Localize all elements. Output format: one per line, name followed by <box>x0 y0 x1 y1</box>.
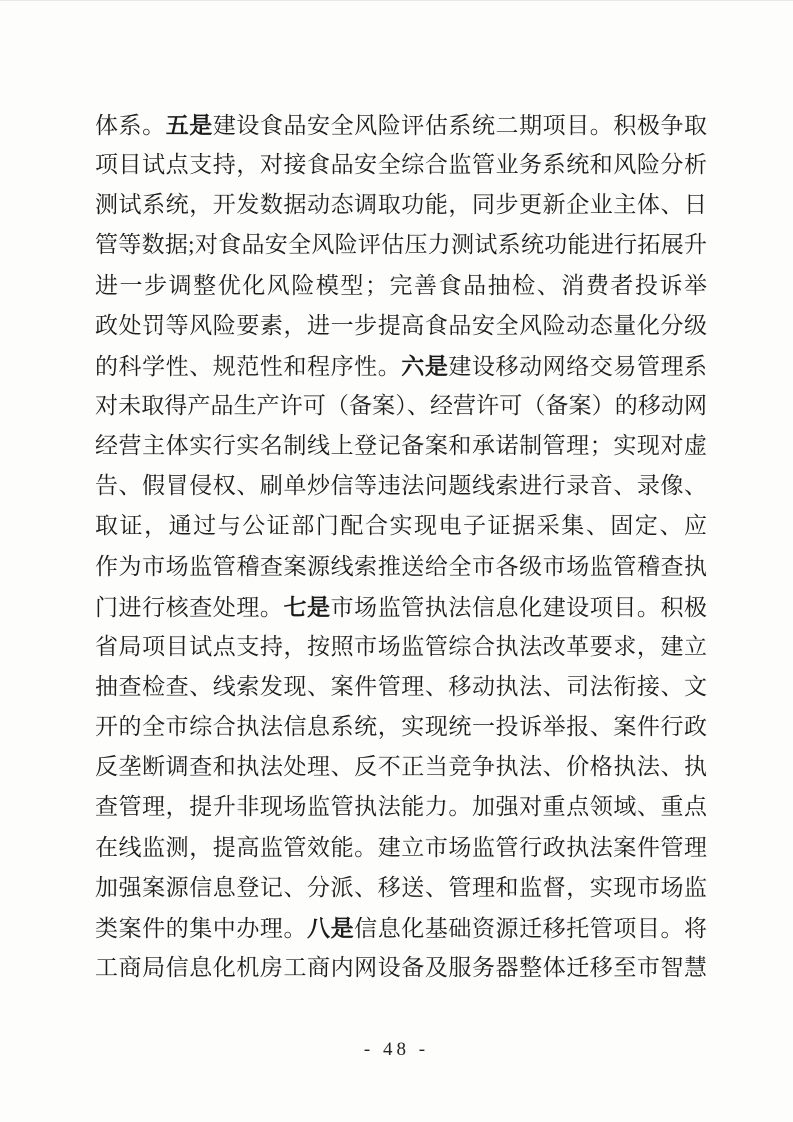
bold-text-run: 六是 <box>401 353 448 379</box>
bold-text-run: 八是 <box>307 915 354 941</box>
text-line: 类案件的集中办理。八是信息化基础资源迁移托管项目。将原市 <box>95 908 707 948</box>
text-run: 的科学性、规范性和程序性。 <box>95 354 401 379</box>
text-run: 在线监测，提高监管效能。建立市场监管行政执法案件管理系统， <box>95 835 707 868</box>
text-run: 工商局信息化机房工商内网设备及服务器整体迁移至市智慧城市 <box>95 955 707 988</box>
text-line: 开的全市综合执法信息系统，实现统一投诉举报、案件行政处罚、 <box>95 707 707 747</box>
text-run: 省局项目试点支持，按照市场监管综合执法改革要求，建立覆盖 <box>95 634 707 667</box>
text-run: 开的全市综合执法信息系统，实现统一投诉举报、案件行政处罚、 <box>95 714 707 747</box>
text-line: 作为市场监管稽查案源线索推送给全市各级市场监管稽查执法部 <box>95 547 707 587</box>
text-line: 告、假冒侵权、刷单炒信等违法问题线索进行录音、录像、拍照 <box>95 466 707 506</box>
text-line: 项目试点支持，对接食品安全综合监管业务系统和风险分析压力 <box>95 145 707 185</box>
text-line: 管等数据;对食品安全风险评估压力测试系统功能进行拓展升级， <box>95 225 707 265</box>
text-line: 反垄断调查和执法处理、反不正当竞争执法、价格执法、执法督 <box>95 747 707 787</box>
text-run: 门进行核查处理。 <box>95 595 283 620</box>
text-line: 测试系统，开发数据动态调取功能，同步更新企业主体、日常监 <box>95 185 707 225</box>
text-run: 告、假冒侵权、刷单炒信等违法问题线索进行录音、录像、拍照 <box>95 473 707 506</box>
text-line: 工商局信息化机房工商内网设备及服务器整体迁移至市智慧城市 <box>95 948 707 988</box>
text-run: 加强案源信息登记、分派、移送、管理和监督，实现市场监督各 <box>95 875 707 908</box>
document-body: 体系。五是建设食品安全风险评估系统二期项目。积极争取省局项目试点支持，对接食品安… <box>95 105 707 988</box>
text-run: 作为市场监管稽查案源线索推送给全市各级市场监管稽查执法部 <box>95 554 707 587</box>
text-line: 取证，通过与公证部门配合实现电子证据采集、固定、应用，并 <box>95 506 707 546</box>
text-line: 政处罚等风险要素，进一步提高食品安全风险动态量化分级工作 <box>95 306 707 346</box>
text-run: 进一步调整优化风险模型；完善食品抽检、消费者投诉举报、行 <box>95 273 707 306</box>
text-run: 经营主体实行实名制线上登记备案和承诺制管理；实现对虚假广 <box>95 433 707 466</box>
bold-text-run: 七是 <box>283 594 330 620</box>
text-run: 反垄断调查和执法处理、反不正当竞争执法、价格执法、执法督 <box>95 754 707 787</box>
text-line: 在线监测，提高监管效能。建立市场监管行政执法案件管理系统， <box>95 828 707 868</box>
text-run: 类案件的集中办理。 <box>95 916 307 941</box>
text-line: 抽查检查、线索发现、案件管理、移动执法、司法衔接、文书公 <box>95 667 707 707</box>
text-run: 对未取得产品生产许可（备案）、经营许可（备案）的移动网络 <box>95 393 707 426</box>
text-line: 省局项目试点支持，按照市场监管综合执法改革要求，建立覆盖 <box>95 627 707 667</box>
text-run: 管等数据;对食品安全风险评估压力测试系统功能进行拓展升级， <box>95 232 707 265</box>
text-run: 政处罚等风险要素，进一步提高食品安全风险动态量化分级工作 <box>95 313 707 346</box>
page-number: - 48 - <box>0 1039 793 1061</box>
text-line: 的科学性、规范性和程序性。六是建设移动网络交易管理系统。 <box>95 346 707 386</box>
text-line: 门进行核查处理。七是市场监管执法信息化建设项目。积极争取 <box>95 587 707 627</box>
text-run: 项目试点支持，对接食品安全综合监管业务系统和风险分析压力 <box>95 152 707 185</box>
text-run: 查管理，提升非现场监管执法能力。加强对重点领域、重点行业 <box>95 794 707 827</box>
text-run: 取证，通过与公证部门配合实现电子证据采集、固定、应用，并 <box>95 513 707 546</box>
text-run: 体系。 <box>95 113 166 138</box>
text-line: 进一步调整优化风险模型；完善食品抽检、消费者投诉举报、行 <box>95 266 707 306</box>
text-line: 加强案源信息登记、分派、移送、管理和监督，实现市场监督各 <box>95 868 707 908</box>
document-page: 体系。五是建设食品安全风险评估系统二期项目。积极争取省局项目试点支持，对接食品安… <box>0 0 793 1122</box>
text-run: 测试系统，开发数据动态调取功能，同步更新企业主体、日常监 <box>95 192 707 225</box>
text-line: 体系。五是建设食品安全风险评估系统二期项目。积极争取省局 <box>95 105 707 145</box>
text-line: 查管理，提升非现场监管执法能力。加强对重点领域、重点行业 <box>95 787 707 827</box>
text-line: 对未取得产品生产许可（备案）、经营许可（备案）的移动网络 <box>95 386 707 426</box>
text-run: 抽查检查、线索发现、案件管理、移动执法、司法衔接、文书公 <box>95 674 707 707</box>
text-line: 经营主体实行实名制线上登记备案和承诺制管理；实现对虚假广 <box>95 426 707 466</box>
bold-text-run: 五是 <box>166 112 213 138</box>
